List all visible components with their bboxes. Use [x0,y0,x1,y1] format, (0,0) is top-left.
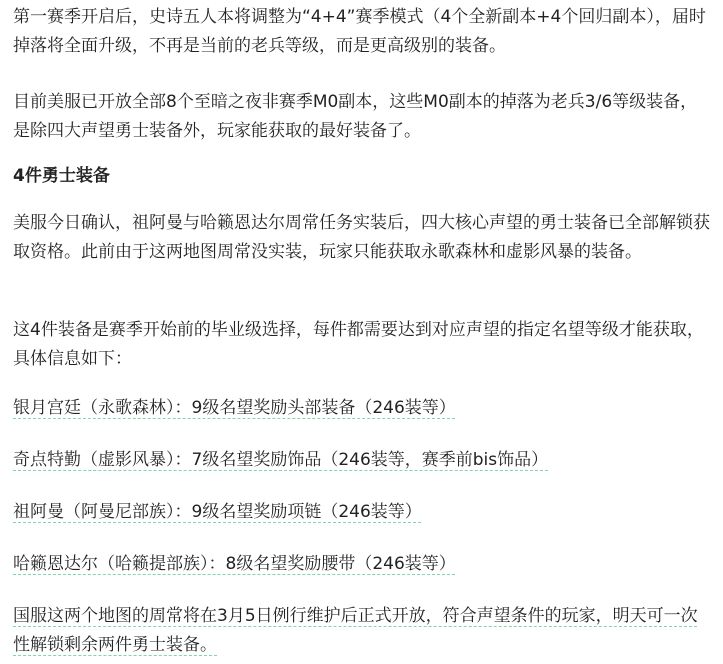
gear-item-text: 祖阿曼（阿曼尼部族）：9级名望奖励项链（246装等） [13,502,422,522]
gear-item-text: 哈籁恩达尔（哈籁提部族）：8级名望奖励腰带（246装等） [13,554,456,574]
gear-list-item: 银月宫廷（永歌森林）：9级名望奖励头部装备（246装等） [13,394,456,423]
gear-list-item: 哈籁恩达尔（哈籁提部族）：8级名望奖励腰带（246装等） [13,550,456,579]
gear-list-item: 祖阿曼（阿曼尼部族）：9级名望奖励项链（246装等） [13,498,422,527]
paragraph-m0-dungeons: 目前美服已开放全部8个至暗之夜非赛季M0副本，这些M0副本的掉落为老兵3/6等级… [13,88,713,146]
section-heading: 4件勇士装备 [13,162,110,191]
gear-list-item: 奇点特勤（虚影风暴）：7级名望奖励饰品（246装等，赛季前bis饰品） [13,446,548,475]
paragraph-intro-list: 这4件装备是赛季开始前的毕业级选择，每件都需要达到对应声望的指定名望等级才能获取… [13,316,713,374]
gear-item-text: 奇点特勤（虚影风暴）：7级名望奖励饰品（246装等，赛季前bis饰品） [13,450,548,470]
gear-item-text: 银月宫廷（永歌森林）：9级名望奖励头部装备（246装等） [13,398,456,418]
paragraph-cn-server: 国服这两个地图的周常将在3月5日例行维护后正式开放，符合声望条件的玩家，明天可一… [13,602,713,660]
cn-server-text: 国服这两个地图的周常将在3月5日例行维护后正式开放，符合声望条件的玩家，明天可一… [13,606,698,655]
paragraph-confirmation: 美服今日确认，祖阿曼与哈籁恩达尔周常任务实装后，四大核心声望的勇士装备已全部解锁… [13,209,713,267]
paragraph-season-mode: 第一赛季开启后，史诗五人本将调整为“4+4”赛季模式（4个全新副本+4个回归副本… [13,3,713,61]
